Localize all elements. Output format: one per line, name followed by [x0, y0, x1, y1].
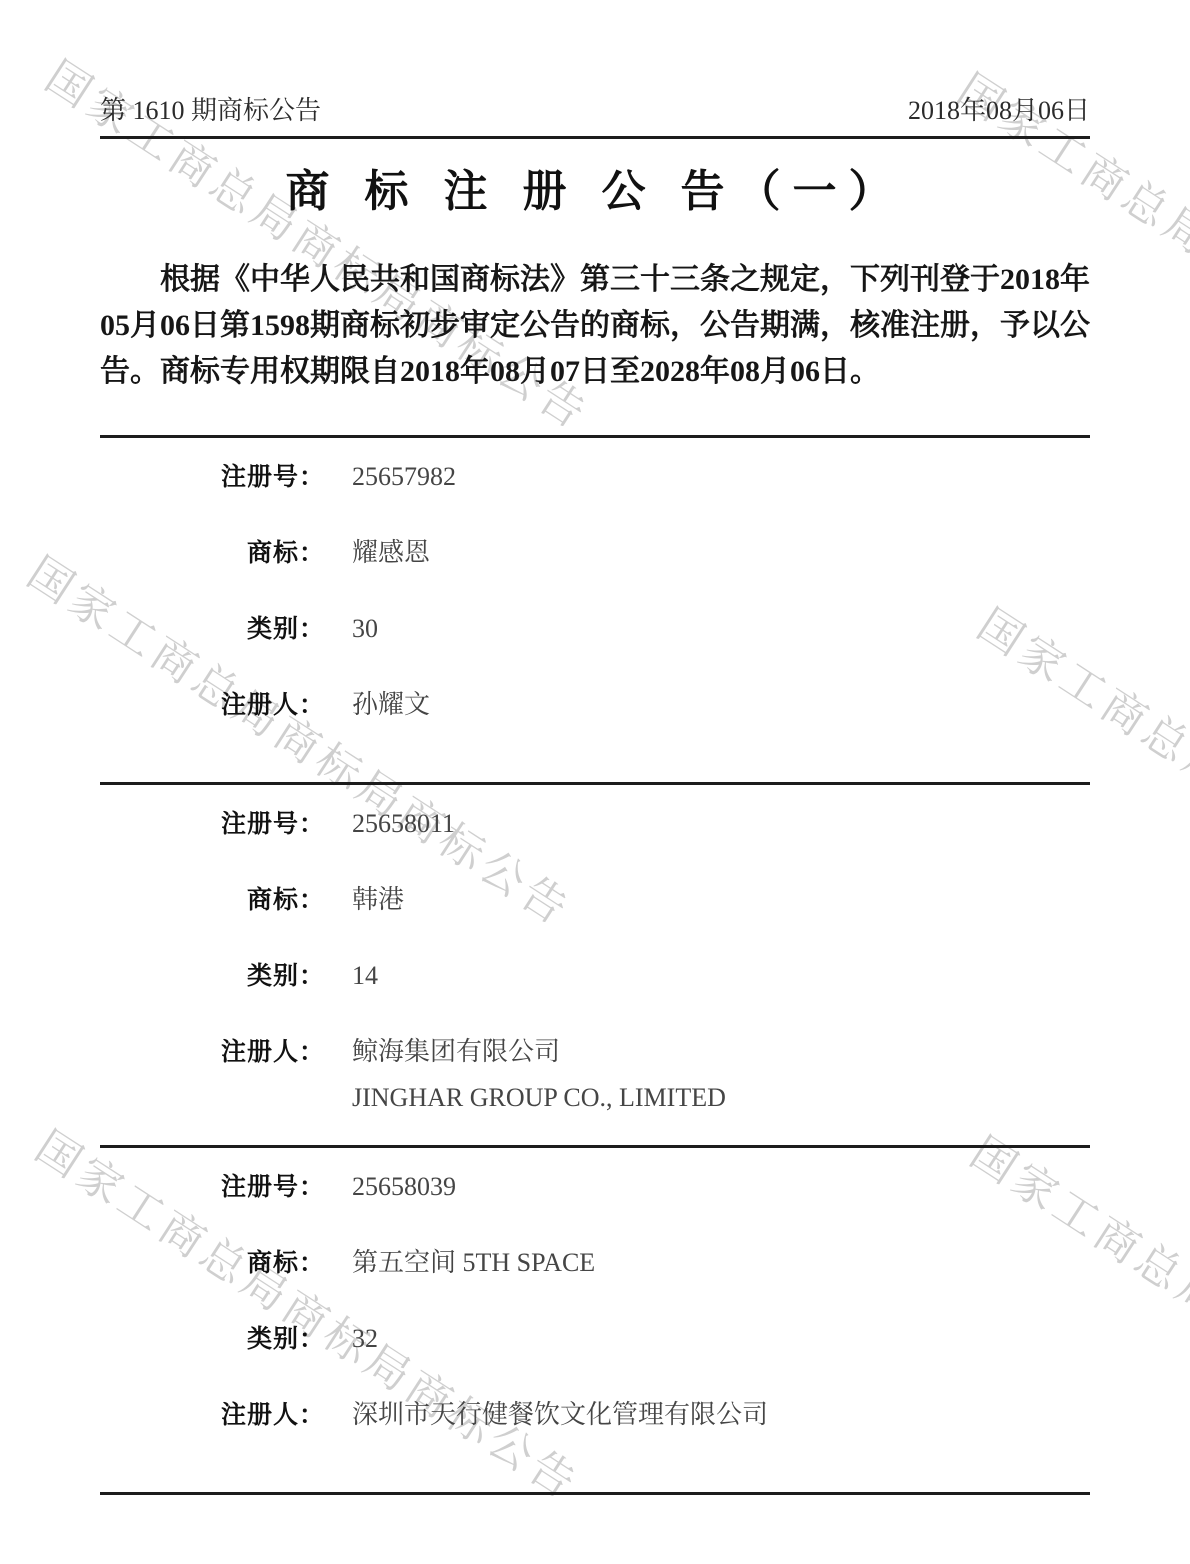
field-label-registrant: 注册人： — [100, 688, 325, 722]
field-label-category: 类别： — [100, 612, 325, 646]
record-row-regno: 注册号： 25658011 — [100, 807, 1090, 841]
record-row-trademark: 商标： 韩港 — [100, 883, 1090, 917]
record-row-category: 类别： 14 — [100, 959, 1090, 993]
field-value-category: 14 — [352, 959, 378, 993]
intro-paragraph: 根据《中华人民共和国商标法》第三十三条之规定，下列刊登于2018年05月06日第… — [100, 257, 1090, 395]
record-row-regno: 注册号： 25657982 — [100, 460, 1090, 494]
field-label-category: 类别： — [100, 959, 325, 993]
registrant-name-cn: 鲸海集团有限公司 — [352, 1037, 560, 1066]
record-row-registrant: 注册人： 深圳市天行健餐饮文化管理有限公司 — [100, 1398, 1090, 1432]
trademark-record: 注册号： 25658039 商标： 第五空间 5TH SPACE 类别： 32 … — [100, 1145, 1090, 1492]
record-row-regno: 注册号： 25658039 — [100, 1170, 1090, 1204]
issue-number: 第 1610 期商标公告 — [100, 90, 321, 127]
trademark-record: 注册号： 25657982 商标： 耀感恩 类别： 30 注册人： 孙耀文 — [100, 435, 1090, 782]
record-row-category: 类别： 32 — [100, 1322, 1090, 1356]
field-value-regno: 25658011 — [352, 807, 455, 841]
field-label-regno: 注册号： — [100, 460, 325, 494]
gazette-page: 国家工商总局商标局商标公告 国家工商总局商标局商标公告 国家工商总局商标局商标公… — [0, 0, 1190, 1564]
record-row-trademark: 商标： 耀感恩 — [100, 536, 1090, 570]
field-value-category: 30 — [352, 612, 378, 646]
record-row-registrant: 注册人： 鲸海集团有限公司 JINGHAR GROUP CO., LIMITED — [100, 1035, 1090, 1115]
field-value-trademark: 第五空间 5TH SPACE — [352, 1246, 595, 1280]
record-row-category: 类别： 30 — [100, 612, 1090, 646]
registrant-name-en: JINGHAR GROUP CO., LIMITED — [352, 1081, 726, 1115]
page-content: 第 1610 期商标公告 2018年08月06日 商 标 注 册 公 告（一） … — [0, 0, 1190, 1495]
field-value-trademark: 耀感恩 — [352, 536, 430, 570]
field-value-registrant: 鲸海集团有限公司 JINGHAR GROUP CO., LIMITED — [352, 1035, 726, 1115]
page-header: 第 1610 期商标公告 2018年08月06日 — [100, 0, 1090, 127]
records-list: 注册号： 25657982 商标： 耀感恩 类别： 30 注册人： 孙耀文 — [100, 435, 1090, 1495]
field-label-trademark: 商标： — [100, 1246, 325, 1280]
field-value-regno: 25657982 — [352, 460, 456, 494]
trademark-record: 注册号： 25658011 商标： 韩港 类别： 14 注册人： 鲸海集团有限公… — [100, 782, 1090, 1145]
header-divider — [100, 136, 1090, 139]
field-label-regno: 注册号： — [100, 1170, 325, 1204]
field-label-trademark: 商标： — [100, 883, 325, 917]
field-label-regno: 注册号： — [100, 807, 325, 841]
field-value-trademark: 韩港 — [352, 883, 404, 917]
field-label-registrant: 注册人： — [100, 1398, 325, 1432]
page-title: 商 标 注 册 公 告（一） — [100, 155, 1090, 219]
field-label-registrant: 注册人： — [100, 1035, 325, 1069]
publication-date: 2018年08月06日 — [908, 90, 1090, 127]
record-row-registrant: 注册人： 孙耀文 — [100, 688, 1090, 722]
field-label-category: 类别： — [100, 1322, 325, 1356]
field-value-category: 32 — [352, 1322, 378, 1356]
record-row-trademark: 商标： 第五空间 5TH SPACE — [100, 1246, 1090, 1280]
field-value-regno: 25658039 — [352, 1170, 456, 1204]
field-label-trademark: 商标： — [100, 536, 325, 570]
field-value-registrant: 孙耀文 — [352, 688, 430, 722]
bottom-divider — [100, 1492, 1090, 1495]
field-value-registrant: 深圳市天行健餐饮文化管理有限公司 — [352, 1398, 768, 1432]
